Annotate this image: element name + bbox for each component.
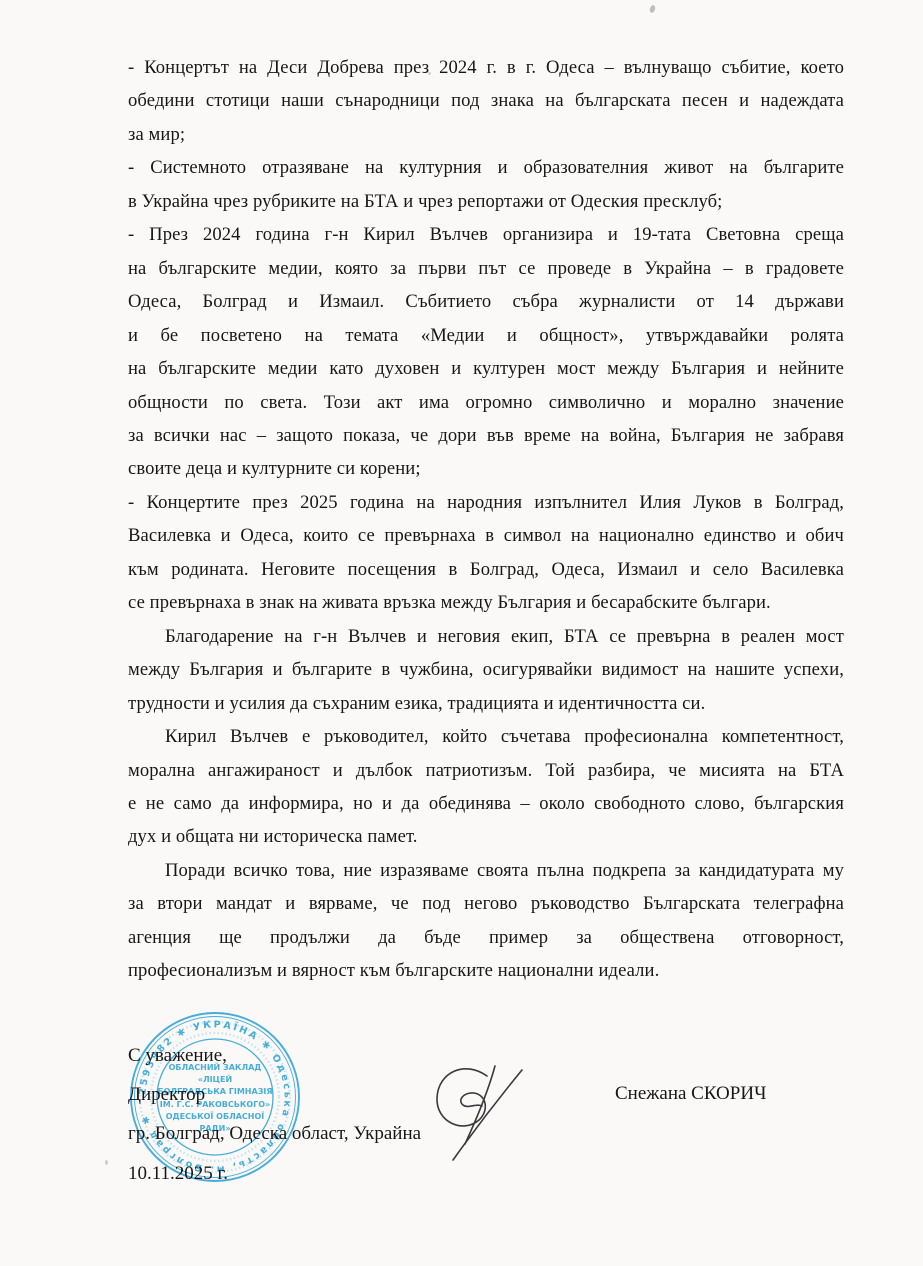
text-line: - През 2024 година г-н Кирил Вълчев орга…	[128, 218, 844, 251]
stamp-center-text: ІМ. Г.С. РАКОВСЬКОГО»	[160, 1100, 270, 1109]
text-line: Одеса, Болград и Измаил. Събитието събра…	[128, 285, 844, 318]
text-line: за мир;	[128, 118, 844, 151]
signature-diagonal	[453, 1070, 522, 1160]
text-line: агенция ще продължи да бъде пример за об…	[128, 921, 844, 954]
text-line: трудности и усилия да съхраним езика, тр…	[128, 687, 844, 720]
text-line: своите деца и културните си корени;	[128, 452, 844, 485]
text-line: на българските медии, която за първи път…	[128, 252, 844, 285]
text-line: за втори мандат и вярваме, че под негово…	[128, 887, 844, 920]
stamp-inner-ring	[157, 1039, 273, 1155]
text-line: - Концертите през 2025 година на народни…	[128, 486, 844, 519]
stamp-center-text: ОДЕСЬКОЇ ОБЛАСНОЇ	[166, 1111, 265, 1121]
text-line: се превърнаха в знак на живата връзка ме…	[128, 586, 844, 619]
text-line: дух и общата ни историческа памет.	[128, 820, 844, 853]
text-line: на българските медии като духовен и култ…	[128, 352, 844, 385]
text-line: - Концертът на Деси Добрева през 2024 г.…	[128, 51, 844, 84]
text-line: общности по света. Този акт има огромно …	[128, 386, 844, 419]
paragraph: - Концертите през 2025 година на народни…	[128, 486, 844, 620]
stamp-center-text: БОЛГРАДСЬКА ГІМНАЗІЯ	[157, 1087, 272, 1096]
svg-text:2593982 ✱ УКРАЇНА ✱ Одеська об: 2593982 ✱ УКРАЇНА ✱ Одеська область, м. …	[137, 1019, 292, 1174]
stamp-center-text: «ЛІЦЕЙ	[198, 1073, 232, 1084]
paragraph: - Концертът на Деси Добрева през 2024 г.…	[128, 51, 844, 151]
signature-scribble	[425, 1040, 565, 1170]
signature-loop	[437, 1069, 487, 1126]
text-line: и бе посветено на темата «Медии и общнос…	[128, 319, 844, 352]
round-seal-stamp: 2593982 ✱ УКРАЇНА ✱ Одеська область, м. …	[127, 1009, 303, 1185]
paragraph: Благодарение на г-н Вълчев и неговия еки…	[128, 620, 844, 720]
text-line: Благодарение на г-н Вълчев и неговия еки…	[128, 620, 844, 653]
paragraph: - През 2024 година г-н Кирил Вълчев орга…	[128, 218, 844, 486]
paragraph: - Системното отразяване на културния и о…	[128, 151, 844, 218]
signer-name: Снежана СКОРИЧ	[615, 1083, 766, 1105]
text-line: за всички нас – защото показа, че дори в…	[128, 419, 844, 452]
scan-speck	[649, 4, 656, 13]
text-line: - Системното отразяване на културния и о…	[128, 151, 844, 184]
text-line: Кирил Вълчев е ръководител, който съчета…	[128, 720, 844, 753]
stamp-center-text: ОБЛАСНИЙ ЗАКЛАД	[169, 1061, 262, 1072]
text-line: в Украйна чрез рубриките на БТА и чрез р…	[128, 185, 844, 218]
stamp-center-text: РАДИ»	[199, 1124, 230, 1133]
scanned-letter-page: - Концертът на Деси Добрева през 2024 г.…	[0, 0, 923, 1266]
text-line: обедини стотици наши сънародници под зна…	[128, 84, 844, 117]
text-line: Поради всичко това, ние изразяваме своят…	[128, 854, 844, 887]
text-line: между България и българите в чужбина, ос…	[128, 653, 844, 686]
text-line: морална ангажираност и дълбок патриотизъ…	[128, 754, 844, 787]
stamp-outer-ring-2	[135, 1017, 296, 1178]
text-line: е не само да информира, но и да обединяв…	[128, 787, 844, 820]
paragraph: Поради всичко това, ние изразяваме своят…	[128, 854, 844, 988]
stamp-ring-text: 2593982 ✱ УКРАЇНА ✱ Одеська область, м. …	[137, 1019, 292, 1174]
stamp-guilloche	[151, 1033, 279, 1161]
text-line: към родината. Неговите посещения в Болгр…	[128, 553, 844, 586]
stamp-outer-ring	[131, 1013, 299, 1181]
paragraph: Кирил Вълчев е ръководител, който съчета…	[128, 720, 844, 854]
scan-speck	[428, 72, 431, 75]
letter-body: - Концертът на Деси Добрева през 2024 г.…	[128, 51, 844, 988]
text-line: професионализъм и вярност към българскит…	[128, 954, 844, 987]
text-line: Василевка и Одеса, които се превърнаха в…	[128, 519, 844, 552]
scan-speck	[105, 1160, 108, 1165]
